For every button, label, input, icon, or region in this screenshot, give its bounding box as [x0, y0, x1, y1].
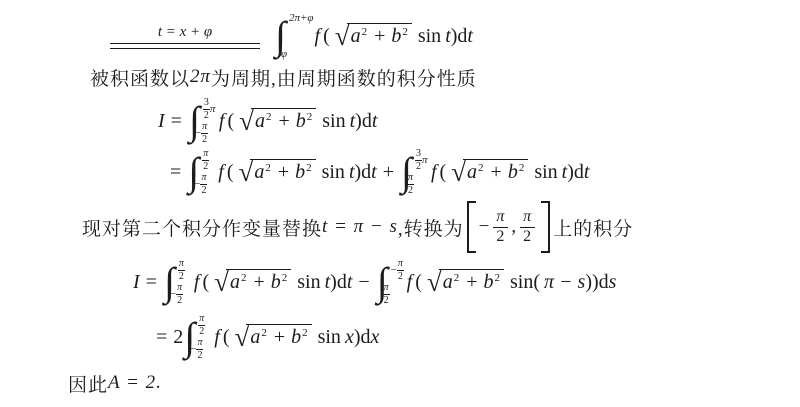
- var-a: a: [467, 161, 477, 183]
- exponent: 2: [282, 272, 288, 284]
- comma: ,: [511, 216, 517, 238]
- integral-upper-bound: π2: [202, 148, 209, 172]
- exponent: 2: [478, 162, 484, 174]
- formula-line-substitution: t = x + φ ∫ 2π+φ φ f ( √ a2+b2 sint)dt: [110, 12, 800, 60]
- integral-upper-bound: −π2: [391, 258, 404, 282]
- formula-line-split: = ∫ π2 −π2 f ( √ a2+b2 sint)dt + ∫ 32π π…: [164, 146, 800, 198]
- differential-var: t: [372, 110, 378, 133]
- right-bracket: [541, 201, 550, 253]
- square-root: √ a2+b2: [427, 269, 504, 296]
- fraction-denominator: 2: [383, 294, 390, 307]
- radical-sign: √: [238, 160, 253, 184]
- text-part: 因此: [68, 370, 108, 397]
- differential-var: t: [584, 161, 590, 184]
- differential-var: x: [371, 326, 380, 349]
- math-part: 2π: [190, 66, 211, 88]
- integral: ∫ π2 −π2: [184, 313, 213, 361]
- radical-sign: √: [335, 24, 350, 48]
- fraction-numerator: π: [179, 258, 184, 270]
- var-a: a: [443, 271, 453, 293]
- close-paren-d: ))d: [585, 271, 608, 294]
- fraction-denominator: 2: [415, 160, 422, 173]
- fraction: 32: [415, 148, 422, 172]
- integral-upper-bound: 32π: [203, 97, 216, 121]
- fraction: π2: [397, 258, 404, 282]
- exponent: 2: [402, 26, 408, 38]
- integral-upper-bound: 2π+φ: [289, 12, 314, 24]
- function-f: f: [218, 161, 224, 184]
- fraction-numerator: π: [199, 313, 204, 325]
- plus-sign: +: [274, 326, 285, 348]
- square-root: √ a2+b2: [234, 324, 311, 351]
- close-paren-d: )d: [451, 25, 468, 48]
- fraction-denominator: 2: [196, 349, 203, 362]
- function-f: f: [315, 25, 321, 48]
- open-paren: (: [223, 326, 230, 349]
- text-part: ,转换为: [398, 214, 464, 241]
- fraction-denominator: 2: [520, 227, 535, 246]
- fraction-numerator: 3: [204, 97, 209, 109]
- fraction: π2: [201, 121, 208, 145]
- fraction: π2: [196, 337, 203, 361]
- radical-sign: √: [234, 325, 249, 349]
- square-root: √ a2+b2: [214, 269, 291, 296]
- function-f: f: [431, 161, 437, 184]
- integral-lower-bound: −π2: [190, 337, 203, 361]
- integral: ∫ π2 −π2: [164, 258, 193, 306]
- text-part: 为周期,由周期函数的积分性质: [211, 64, 477, 91]
- text-part: 现对第二个积分作变量替换: [82, 214, 322, 241]
- integral: ∫ π2 −π2: [188, 148, 217, 196]
- integral: ∫ −π2 π2: [377, 258, 406, 306]
- differential-var: s: [609, 271, 617, 294]
- var-a: a: [255, 110, 265, 132]
- substitution-label: t = x + φ: [148, 24, 222, 41]
- radical-sign: √: [239, 109, 254, 133]
- plus-sign: +: [278, 161, 289, 183]
- text-line-conclusion: 因此 A = 2.: [68, 368, 800, 398]
- var-b: b: [271, 271, 281, 293]
- fraction: π2: [178, 258, 185, 282]
- open-paren: (: [440, 161, 447, 184]
- var-b: b: [391, 25, 401, 47]
- fraction-numerator: π: [496, 208, 505, 226]
- exponent: 2: [266, 111, 272, 123]
- fraction: π2: [493, 208, 508, 246]
- integral: ∫ 32π π2: [401, 148, 430, 196]
- fraction-numerator: π: [398, 258, 403, 270]
- equals-sign: =: [171, 110, 182, 133]
- math-part: t = π − s: [322, 216, 398, 238]
- integral-lower-bound: π2: [383, 282, 390, 306]
- var-a: a: [250, 326, 260, 348]
- fraction-numerator: π: [203, 148, 208, 160]
- exponent: 2: [362, 26, 368, 38]
- radicand: a2+b2: [251, 108, 316, 135]
- close-paren-d: )d: [567, 161, 584, 184]
- fraction: π2: [520, 208, 535, 246]
- open-paren: (: [227, 110, 234, 133]
- text-part: 被积函数以: [90, 64, 190, 91]
- var-b: b: [296, 110, 306, 132]
- radicand: a2+b2: [246, 324, 311, 351]
- open-paren: (: [415, 271, 422, 294]
- radicand: a2+b2: [347, 23, 412, 50]
- integral-bounds: 32π −π2: [198, 97, 218, 145]
- exponent: 2: [265, 162, 271, 174]
- var-I: I: [158, 110, 165, 133]
- fraction-numerator: 3: [416, 148, 421, 160]
- radicand: a2+b2: [226, 269, 291, 296]
- fraction: π2: [202, 148, 209, 172]
- integral-bounds: π2 −π2: [173, 258, 193, 306]
- sin-argument: x: [345, 326, 354, 349]
- equals-sign: =: [170, 161, 181, 184]
- integral-upper-bound: π2: [178, 258, 185, 282]
- integral-bounds: π2 −π2: [193, 313, 213, 361]
- fraction-numerator: π: [408, 172, 413, 184]
- fraction-denominator: 2: [200, 184, 207, 197]
- exponent: 2: [307, 111, 313, 123]
- square-root: √ a2+b2: [238, 159, 315, 186]
- exponent: 2: [261, 327, 267, 339]
- integral: ∫ 2π+φ φ: [275, 12, 314, 60]
- fraction-denominator: 2: [202, 160, 209, 173]
- exponent: 2: [241, 272, 247, 284]
- var-b: b: [291, 326, 301, 348]
- var-I: I: [133, 271, 140, 294]
- fraction-numerator: π: [523, 208, 532, 226]
- formula-line-result: = 2 ∫ π2 −π2 f ( √ a2+b2 sinx)dx: [150, 310, 800, 364]
- var-a: a: [351, 25, 361, 47]
- pi-symbol: π: [422, 154, 428, 166]
- close-paren-d: )d: [355, 110, 372, 133]
- differential-var: t: [467, 25, 473, 48]
- sin-function: sin: [322, 161, 345, 184]
- fraction-numerator: π: [202, 121, 207, 133]
- open-paren: (: [202, 271, 209, 294]
- fraction-denominator: 2: [201, 133, 208, 146]
- text-part: 上的积分: [553, 214, 633, 241]
- fraction-numerator: π: [201, 172, 206, 184]
- substitution-annotation: t = x + φ: [110, 24, 260, 49]
- fraction: 32: [203, 97, 210, 121]
- function-f: f: [214, 326, 220, 349]
- exponent: 2: [454, 272, 460, 284]
- integral-lower-bound: π2: [407, 172, 414, 196]
- minus-sign: −: [358, 271, 369, 294]
- exponent: 2: [495, 272, 501, 284]
- radicand: a2+b2: [250, 159, 315, 186]
- double-rule: [110, 43, 260, 49]
- fraction: π2: [198, 313, 205, 337]
- fraction-denominator: 2: [397, 270, 404, 283]
- equals-sign: =: [146, 271, 157, 294]
- equals-sign: =: [156, 326, 167, 349]
- exponent: 2: [519, 162, 525, 174]
- integral-lower-bound: −π2: [194, 172, 207, 196]
- formula-line-I: I = ∫ 32π −π2 f ( √ a2+b2 sint)dt: [158, 96, 800, 146]
- differential-var: t: [371, 161, 377, 184]
- plus-sign: +: [253, 271, 264, 293]
- document: t = x + φ ∫ 2π+φ φ f ( √ a2+b2 sint)dt 被…: [0, 12, 800, 398]
- integral-bounds: 2π+φ φ: [284, 12, 314, 60]
- fraction-numerator: π: [197, 337, 202, 349]
- fraction-denominator: 2: [198, 325, 205, 338]
- radicand: a2+b2: [463, 159, 528, 186]
- integral-bounds: π2 −π2: [197, 148, 217, 196]
- var-b: b: [295, 161, 305, 183]
- sin-function: sin: [322, 110, 345, 133]
- formula-line-change-var: I = ∫ π2 −π2 f ( √ a2+b2 sint)dt − ∫ −π2…: [133, 256, 800, 308]
- left-bracket: [467, 201, 476, 253]
- sin-function: sin: [418, 25, 441, 48]
- plus-sign: +: [374, 25, 385, 47]
- integral-upper-bound: 32π: [415, 148, 428, 172]
- var-a: a: [254, 161, 264, 183]
- close-paren-d: )d: [355, 161, 372, 184]
- sin-argument: π − s: [544, 271, 585, 294]
- radical-sign: √: [451, 160, 466, 184]
- square-root: √ a2+b2: [335, 23, 412, 50]
- plus-sign: +: [383, 161, 394, 184]
- sin-function: sin: [297, 271, 320, 294]
- sin-function: sin: [318, 326, 341, 349]
- coefficient-two: 2: [173, 326, 183, 349]
- fraction: π2: [383, 282, 390, 306]
- fraction: π2: [407, 172, 414, 196]
- fraction-denominator: 2: [176, 294, 183, 307]
- square-root: √ a2+b2: [451, 159, 528, 186]
- integral-lower-bound: φ: [281, 48, 287, 60]
- integral-upper-bound: π2: [198, 313, 205, 337]
- fraction: π2: [200, 172, 207, 196]
- square-root: √ a2+b2: [239, 108, 316, 135]
- fraction-denominator: 2: [407, 184, 414, 197]
- var-b: b: [484, 271, 494, 293]
- var-a: a: [230, 271, 240, 293]
- open-paren: (: [323, 25, 330, 48]
- radicand: a2+b2: [439, 269, 504, 296]
- radical-sign: √: [214, 270, 229, 294]
- fraction-numerator: π: [177, 282, 182, 294]
- function-f: f: [194, 271, 200, 294]
- function-f: f: [219, 110, 225, 133]
- radical-sign: √: [427, 270, 442, 294]
- fraction-denominator: 2: [203, 109, 210, 122]
- sin-function: sin(: [510, 271, 540, 294]
- integral: ∫ 32π −π2: [189, 97, 218, 145]
- minus-sign: −: [479, 216, 491, 238]
- integral-lower-bound: −π2: [170, 282, 183, 306]
- text-line-substitution: 现对第二个积分作变量替换 t = π − s,转换为 − π2 , π2 上的积…: [82, 200, 800, 254]
- math-part: A = 2.: [108, 372, 162, 394]
- integral-bounds: 32π π2: [410, 148, 430, 196]
- sin-function: sin: [534, 161, 557, 184]
- close-paren-d: )d: [354, 326, 371, 349]
- pi-symbol: π: [210, 103, 216, 115]
- fraction-numerator: π: [384, 282, 389, 294]
- fraction: π2: [176, 282, 183, 306]
- plus-sign: +: [278, 110, 289, 132]
- exponent: 2: [302, 327, 308, 339]
- plus-sign: +: [466, 271, 477, 293]
- fraction-denominator: 2: [493, 227, 508, 246]
- exponent: 2: [306, 162, 312, 174]
- function-f: f: [407, 271, 413, 294]
- plus-sign: +: [491, 161, 502, 183]
- open-paren: (: [227, 161, 234, 184]
- integral-lower-bound: −π2: [195, 121, 208, 145]
- close-paren-d: )d: [330, 271, 347, 294]
- text-line-periodicity: 被积函数以 2π 为周期,由周期函数的积分性质: [90, 62, 800, 92]
- fraction-denominator: 2: [178, 270, 185, 283]
- var-b: b: [508, 161, 518, 183]
- differential-var: t: [347, 271, 353, 294]
- integral-bounds: −π2 π2: [386, 258, 406, 306]
